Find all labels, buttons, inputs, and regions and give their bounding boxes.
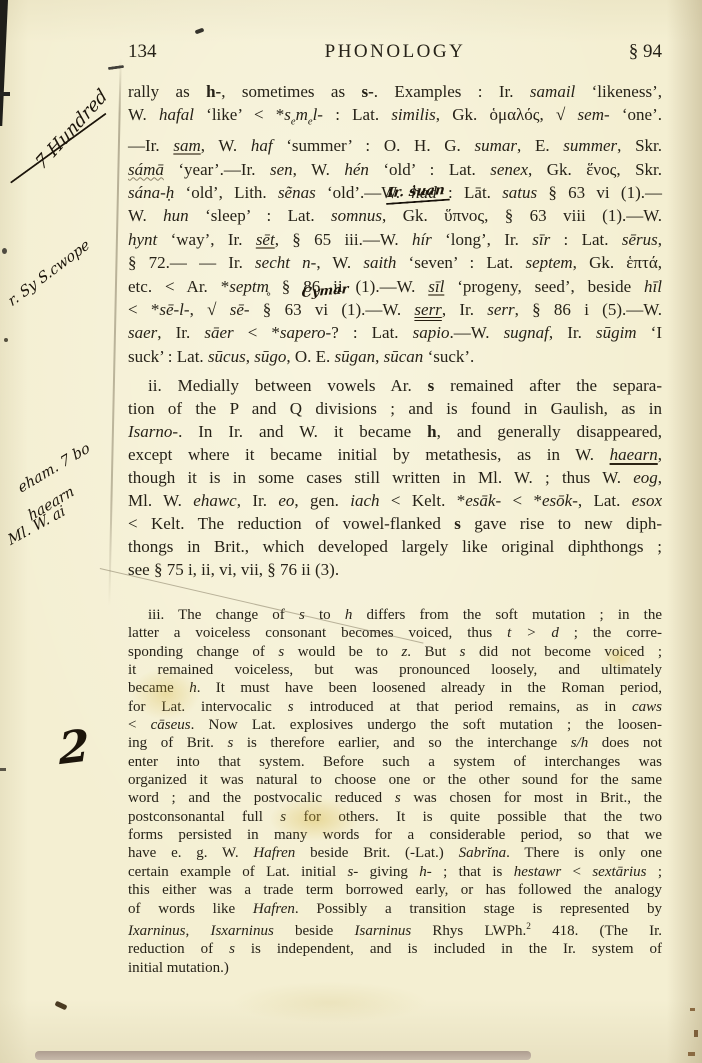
text-segment: ‘year’.—Ir.: [164, 160, 270, 179]
text-segment: , sometimes as: [221, 82, 361, 101]
text-line: hynt ‘way’, Ir. sēt, § 65 iii.—W. hír ‘l…: [128, 228, 662, 251]
text-segment: giving: [358, 864, 419, 880]
page-header: 134 PHONOLOGY § 94: [128, 41, 662, 67]
text-line: except where it became initial by metath…: [128, 444, 662, 467]
text-segment: eo: [278, 491, 294, 510]
text-segment: ,: [246, 347, 255, 366]
text-segment: ‘old’, Lith.: [174, 183, 278, 202]
text-segment: s-: [347, 864, 358, 880]
text-segment: < *: [501, 491, 542, 510]
text-segment: W.: [128, 105, 159, 124]
text-line: thongs in Brit., which developed largely…: [128, 536, 662, 559]
text-segment: sem-: [578, 105, 610, 124]
text-segment: senex: [490, 160, 528, 179]
text-segment: does not: [588, 735, 662, 751]
text-segment: tion of the P and Q divisions ; and is f…: [128, 399, 662, 418]
text-segment: hafal: [159, 105, 194, 124]
text-segment: sēt: [256, 230, 275, 249]
text-segment: sponding change of: [128, 644, 278, 660]
text-segment: ,: [186, 923, 211, 939]
text-line: W. hafal ‘like’ < *semel- : Lat. similis…: [128, 103, 662, 134]
text-segment: § 63 vi (1).—: [537, 183, 662, 202]
margin-note-eham-line1: eham. 7 bo: [16, 440, 92, 497]
text-segment: reduction of: [128, 941, 229, 957]
text-segment: Isxarninus: [210, 923, 273, 939]
text-segment: for Lat. intervocalic: [128, 699, 288, 715]
text-segment: esox: [632, 491, 662, 510]
text-segment: though it is in some cases still written…: [128, 468, 633, 487]
text-segment: sapio: [413, 323, 450, 342]
edge-mark: [4, 338, 8, 342]
text-segment: iach: [350, 491, 379, 510]
text-segment: sen: [270, 160, 293, 179]
text-segment: saer: [128, 323, 157, 342]
margin-pen-stroke: [10, 113, 107, 184]
text-segment: . It must have been loosened already in …: [197, 680, 662, 696]
text-segment: septem: [525, 253, 572, 272]
text-segment: sam: [173, 136, 200, 155]
text-segment: forms persisted in many words for a cons…: [128, 827, 662, 843]
text-segment: sugnaf: [504, 323, 549, 342]
text-segment: ; that is: [432, 864, 514, 880]
text-segment: sīr: [532, 230, 550, 249]
text-segment: have e. g. W.: [128, 845, 253, 861]
text-line: initial mutation.): [128, 959, 662, 977]
text-segment: t > d: [507, 625, 559, 641]
text-segment: h-: [206, 82, 221, 101]
text-segment: samail: [530, 82, 575, 101]
text-segment: differs from the soft mutation ; in the: [352, 607, 662, 623]
text-segment: sumar: [475, 136, 518, 155]
text-segment: s-: [361, 82, 373, 101]
text-line: became h. It must have been loosened alr…: [128, 679, 662, 697]
text-segment: hun: [163, 206, 189, 225]
text-segment: see § 75 i, ii, vi, vii, § 76 ii (3).: [128, 560, 339, 579]
text-segment: haf: [251, 136, 273, 155]
text-segment: , Gk. ὕπνος, § 63 viii (1).—W.: [382, 206, 662, 225]
text-segment: somnus: [331, 206, 382, 225]
text-segment: summer: [563, 136, 617, 155]
text-segment: ‘summer’ : O. H. G.: [273, 136, 475, 155]
text-segment: is independent, and is included in the I…: [235, 941, 662, 957]
text-line: sámā ‘year’.—Ir. sen, W. hén ‘old’ : Lat…: [128, 158, 662, 181]
text-segment: h: [189, 680, 197, 696]
text-segment: Sabrĭna: [459, 845, 507, 861]
text-line: iii. The change of s to h differs from t…: [128, 606, 662, 624]
text-line: word ; and the postvocalic reduced s was…: [128, 789, 662, 807]
text-segment: for others. It is quite possible that th…: [286, 809, 662, 825]
text-segment: , Gk. ἕνος, Skr.: [528, 160, 662, 179]
text-segment: sūcus: [208, 347, 246, 366]
text-segment: sapero-: [280, 323, 331, 342]
text-segment: it remained voiceless, but was pronounce…: [128, 662, 662, 678]
text-segment: , Skr.: [617, 136, 662, 155]
paragraph-iii-change-s-to-h: iii. The change of s to h differs from t…: [128, 606, 662, 977]
text-line: of words like Hafren. Possibly a transit…: [128, 900, 662, 918]
page-crease-line: [108, 58, 121, 606]
text-segment: , Ir.: [237, 491, 279, 510]
text-line: ii. Medially between vowels Ar. s remain…: [128, 375, 662, 398]
text-segment: satus: [502, 183, 537, 202]
text-segment: Rhys LWPh.: [411, 923, 526, 939]
text-segment: ing of Brit.: [128, 735, 227, 751]
text-line: enter into that system. Before such a sy…: [128, 753, 662, 771]
text-line: sponding change of s would be to z. But …: [128, 643, 662, 661]
ink-speck: [55, 1001, 68, 1011]
text-segment: beside: [274, 923, 355, 939]
text-segment: Isarninus: [355, 923, 412, 939]
text-line: § 72.— — Ir. secht n-, W. saith ‘seven’ …: [128, 251, 662, 274]
text-segment: caws: [632, 699, 662, 715]
text-line: for Lat. intervocalic s introduced at th…: [128, 698, 662, 716]
text-segment: , Gk. ὁμαλός, √: [436, 105, 578, 124]
text-segment: ‘seven’ : Lat.: [396, 253, 525, 272]
text-segment: s: [454, 514, 461, 533]
text-segment: sūgan: [335, 347, 376, 366]
text-segment: , Ir.: [442, 300, 487, 319]
text-segment: , W.: [316, 253, 363, 272]
text-segment: ‘likeness’,: [575, 82, 662, 101]
text-segment: ‘progeny, seed’, beside: [444, 277, 644, 296]
text-segment: suck’ : Lat.: [128, 347, 208, 366]
text-segment: < *: [128, 300, 159, 319]
text-segment: , Lat.: [578, 491, 632, 510]
text-segment: hír: [412, 230, 432, 249]
text-segment: hynt: [128, 230, 157, 249]
text-segment: , W.: [293, 160, 345, 179]
text-segment: rally as: [128, 82, 206, 101]
text-line: rally as h-, sometimes as s-. Examples :…: [128, 80, 662, 103]
ink-speck: [195, 28, 205, 35]
handwritten-note-ir-suan: Ir. ṡuan: [387, 182, 446, 201]
text-segment: < *: [234, 323, 280, 342]
text-segment: sána-ḥ: [128, 183, 174, 202]
text-line: latter a voiceless consonant becomes voi…: [128, 624, 662, 642]
text-segment: serr: [414, 300, 441, 319]
text-segment: <: [128, 717, 151, 733]
text-segment: . But: [407, 644, 459, 660]
text-segment: was chosen for most in Brit., the: [401, 790, 662, 806]
text-segment: thongs in Brit., which developed largely…: [128, 537, 662, 556]
text-segment: l-: [313, 105, 323, 124]
text-segment: ehawc: [193, 491, 236, 510]
margin-note-hundred: 7 Hundred: [32, 85, 111, 174]
text-segment: beside Brit. (-Lat.): [295, 845, 458, 861]
text-segment: sāer: [204, 323, 233, 342]
text-line: it remained voiceless, but was pronounce…: [128, 661, 662, 679]
margin-scribble: 2: [58, 720, 90, 775]
text-line: ing of Brit. s is therefore earlier, and…: [128, 734, 662, 752]
text-segment: etc. < Ar. *: [128, 277, 229, 296]
text-segment: Isarno-: [128, 422, 178, 441]
text-segment: h: [427, 422, 436, 441]
text-segment: . In Ir. and W. it became: [178, 422, 427, 441]
text-line: certain example of Lat. initial s- givin…: [128, 863, 662, 881]
text-segment: sē-: [230, 300, 250, 319]
text-segment: , W.: [201, 136, 251, 155]
text-segment: ;: [647, 864, 663, 880]
text-segment: secht n-: [255, 253, 316, 272]
text-segment: sīl: [428, 277, 444, 296]
text-segment: s: [284, 105, 291, 124]
text-segment: . Possibly a transition stage is represe…: [295, 901, 662, 917]
text-segment: postconsonantal full: [128, 809, 280, 825]
scan-edge-top-left: [0, 0, 8, 126]
text-segment: § 63 vi (1).—W.: [250, 300, 415, 319]
text-segment: would be to: [284, 644, 401, 660]
text-segment: Hafren: [253, 845, 295, 861]
text-line: saer, Ir. sāer < *sapero-? : Lat. sapio.…: [128, 321, 662, 344]
text-segment: ‘suck’.: [423, 347, 474, 366]
edge-mark: [0, 768, 6, 771]
edge-speck: [694, 1030, 698, 1037]
text-segment: , O. E.: [286, 347, 334, 366]
text-segment: 418. (The Ir.: [531, 923, 662, 939]
text-segment: similis: [391, 105, 435, 124]
text-segment: W.: [128, 206, 163, 225]
text-segment: sē-l-: [159, 300, 189, 319]
text-segment: is therefore earlier, and so the interch…: [233, 735, 570, 751]
text-segment: . Examples : Ir.: [374, 82, 530, 101]
text-segment: sūcan: [384, 347, 424, 366]
text-segment: , § 65 iii.—W.: [275, 230, 412, 249]
text-segment: ‘sleep’ : Lat.: [189, 206, 331, 225]
text-segment: , E.: [517, 136, 563, 155]
text-segment: hén: [344, 160, 369, 179]
text-line: suck’ : Lat. sūcus, sūgo, O. E. sūgan, s…: [128, 345, 662, 368]
text-segment: ‘way’, Ir.: [157, 230, 256, 249]
text-segment: , Ir.: [157, 323, 204, 342]
text-segment: .—W.: [449, 323, 503, 342]
text-segment: esāk-: [465, 491, 501, 510]
text-segment: ii. Medially between vowels Ar.: [148, 376, 428, 395]
text-segment: sextārius: [592, 864, 646, 880]
text-segment: , gen.: [294, 491, 350, 510]
text-line: < Kelt. The reduction of vowel-flanked s…: [128, 513, 662, 536]
text-segment: certain example of Lat. initial: [128, 864, 347, 880]
text-segment: this either was a trade term borrowed ea…: [128, 882, 662, 898]
text-segment: : Lat.: [550, 230, 622, 249]
text-segment: sámā: [128, 160, 164, 179]
text-line: this either was a trade term borrowed ea…: [128, 881, 662, 899]
text-line: forms persisted in many words for a cons…: [128, 826, 662, 844]
text-segment: ; the corre-: [559, 625, 662, 641]
text-segment: . Now Lat. explosives undergo the soft m…: [191, 717, 662, 733]
text-segment: ‘old’ : Lat.: [369, 160, 490, 179]
text-segment: enter into that system. Before such a sy…: [128, 754, 662, 770]
text-segment: , and generally disappeared,: [437, 422, 662, 441]
text-segment: ‘like’ < *: [194, 105, 284, 124]
text-segment: s/h: [571, 735, 589, 751]
text-segment: < Kelt. *: [380, 491, 466, 510]
text-segment: saith: [363, 253, 396, 272]
text-segment: h-: [419, 864, 432, 880]
text-line: postconsonantal full s for others. It is…: [128, 808, 662, 826]
text-line: reduction of s is independent, and is in…: [128, 940, 662, 958]
text-line: Ml. W. ehawc, Ir. eo, gen. iach < Kelt. …: [128, 490, 662, 513]
margin-note-illegible: r. Sy S.cwope: [6, 237, 92, 310]
text-segment: sērus: [622, 230, 658, 249]
text-segment: word ; and the postvocalic reduced: [128, 790, 395, 806]
text-segment: , § 86 i (5).—W.: [515, 300, 662, 319]
text-segment: m: [296, 105, 308, 124]
text-segment: cāseus: [151, 717, 191, 733]
ink-dash: [108, 65, 124, 70]
text-segment: haearn: [610, 445, 658, 464]
text-segment: septm̥: [229, 277, 269, 296]
text-segment: ‘I: [637, 323, 662, 342]
edge-speck: [690, 1008, 695, 1011]
section-number: § 94: [629, 41, 662, 63]
paragraph-ii-medial-s: ii. Medially between vowels Ar. s remain…: [128, 375, 662, 582]
scan-shadow-bar: [35, 1051, 531, 1060]
text-segment: sūgo: [254, 347, 286, 366]
text-segment: , Gk. ἑπτά,: [573, 253, 662, 272]
text-segment: , Ir.: [549, 323, 596, 342]
text-segment: initial mutation.): [128, 960, 229, 976]
text-line: have e. g. W. Hafren beside Brit. (-Lat.…: [128, 844, 662, 862]
text-segment: Hafren: [253, 901, 295, 917]
paragraph-i-examples: rally as h-, sometimes as s-. Examples :…: [128, 80, 662, 368]
text-segment: hīl: [644, 277, 662, 296]
text-line: < *sē-l-, √ sē- § 63 vi (1).—W. serr, Ir…: [128, 298, 662, 321]
text-segment: sẽnas: [278, 183, 316, 202]
text-segment: ,: [375, 347, 384, 366]
text-line: tion of the P and Q divisions ; and is f…: [128, 398, 662, 421]
text-line: though it is in some cases still written…: [128, 467, 662, 490]
text-segment: remained after the separa-: [434, 376, 662, 395]
text-segment: <: [561, 864, 592, 880]
text-segment: ,: [658, 230, 662, 249]
text-segment: eog: [633, 468, 658, 487]
scanned-book-page: 134 PHONOLOGY § 94 rally as h-, sometime…: [0, 0, 702, 1063]
text-line: see § 75 i, ii, vi, vii, § 76 ii (3).: [128, 559, 662, 582]
text-line: etc. < Ar. *septm̥ § 86 ii (1).—W. sīl ‘…: [128, 275, 662, 298]
edge-speck: [688, 1052, 695, 1056]
text-line: < cāseus. Now Lat. explosives undergo th…: [128, 716, 662, 734]
text-segment: became: [128, 680, 189, 696]
text-segment: ‘one’.: [610, 105, 662, 124]
text-segment: of words like: [128, 901, 253, 917]
text-segment: gave rise to new diph-: [461, 514, 662, 533]
text-segment: , √: [190, 300, 230, 319]
text-segment: sūgim: [596, 323, 637, 342]
text-segment: —Ir.: [128, 136, 173, 155]
text-line: organized it was natural to choose one o…: [128, 771, 662, 789]
text-segment: Ixarninus: [128, 923, 186, 939]
text-segment: introduced at that period remains, as in: [294, 699, 632, 715]
text-line: W. hun ‘sleep’ : Lat. somnus, Gk. ὕπνος,…: [128, 204, 662, 227]
paper-stain: [200, 975, 460, 1030]
text-line: —Ir. sam, W. haf ‘summer’ : O. H. G. sum…: [128, 134, 662, 157]
edge-mark: [2, 248, 7, 254]
text-line: Isarno-. In Ir. and W. it became h, and …: [128, 421, 662, 444]
text-segment: ? : Lat.: [331, 323, 412, 342]
text-segment: . There is only one: [506, 845, 662, 861]
text-segment: esōk-: [542, 491, 578, 510]
text-segment: § 72.— — Ir.: [128, 253, 255, 272]
text-segment: latter a voiceless consonant becomes voi…: [128, 625, 507, 641]
text-segment: except where it became initial by metath…: [128, 445, 610, 464]
text-segment: ‘long’, Ir.: [432, 230, 532, 249]
text-segment: serr: [487, 300, 514, 319]
page-title: PHONOLOGY: [128, 41, 662, 63]
text-segment: Ml. W.: [128, 491, 193, 510]
text-segment: organized it was natural to choose one o…: [128, 772, 662, 788]
text-segment: : Lat.: [323, 105, 391, 124]
text-segment: < Kelt. The reduction of vowel-flanked: [128, 514, 454, 533]
text-line: Ixarninus, Isxarninus beside Isarninus R…: [128, 918, 662, 940]
text-segment: ,: [658, 445, 662, 464]
text-segment: ,: [658, 468, 662, 487]
text-segment: hestawr: [514, 864, 562, 880]
text-segment: did not become voiced ;: [466, 644, 662, 660]
